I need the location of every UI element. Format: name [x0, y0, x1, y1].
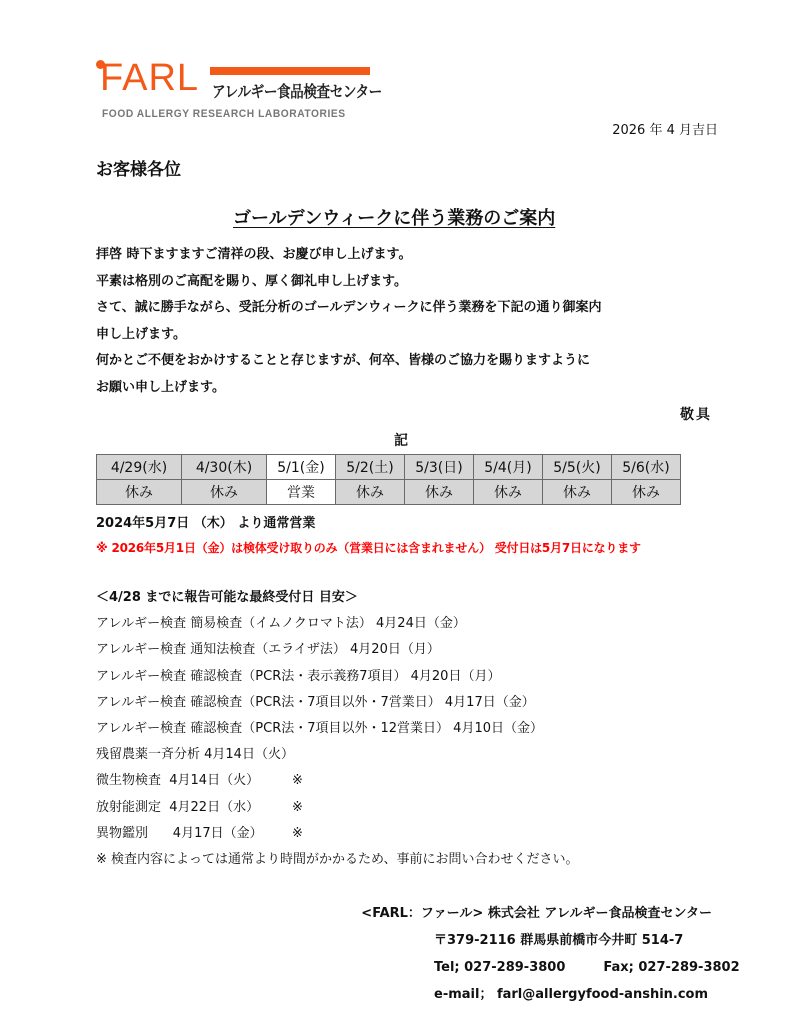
red-warning-notice: ※ 2026年5月1日（金）は検体受け取りのみ（営業日には含まれません） 受付日…: [96, 539, 641, 556]
document-title: ゴールデンウィークに伴う業務のご案内: [233, 204, 555, 230]
reference-mark: ※: [292, 821, 303, 847]
schedule-date-cell: 4/30(木): [182, 455, 267, 480]
deadline-item: 異物鑑別 4月17日（金）※: [96, 821, 579, 847]
deadline-item: アレルギー検査 確認検査（PCR法・7項目以外・12営業日） 4月10日（金）: [96, 716, 579, 742]
deadline-item: 残留農薬一斉分析 4月14日（火）: [96, 742, 579, 768]
deadline-text: アレルギー検査 確認検査（PCR法・7項目以外・7営業日） 4月17日（金）: [96, 695, 535, 710]
schedule-date-cell: 5/3(日): [405, 455, 474, 480]
deadline-text: 異物鑑別 4月17日（金）: [96, 821, 292, 847]
ki-marker: 記: [394, 430, 408, 450]
company-address: 〒379-2116 群馬県前橋市今井町 514-7: [96, 927, 712, 954]
farl-logo: FARL アレルギー食品検査センター FOOD ALLERGY RESEARCH…: [96, 56, 376, 124]
schedule-status-cell: 休み: [97, 480, 182, 505]
schedule-date-row: 4/29(水) 4/30(木) 5/1(金) 5/2(土) 5/3(日) 5/4…: [97, 455, 681, 480]
schedule-date-cell: 5/4(月): [474, 455, 543, 480]
deadline-item: アレルギー検査 確認検査（PCR法・7項目以外・7営業日） 4月17日（金）: [96, 690, 579, 716]
company-name: <FARL：ファール> 株式会社 アレルギー食品検査センター: [96, 900, 712, 927]
reference-mark: ※: [292, 795, 303, 821]
holiday-schedule-table: 4/29(水) 4/30(木) 5/1(金) 5/2(土) 5/3(日) 5/4…: [96, 454, 681, 505]
deadline-text: 放射能測定 4月22日（水）: [96, 795, 292, 821]
deadline-header: ＜4/28 までに報告可能な最終受付日 目安＞: [96, 585, 579, 611]
deadline-list: ＜4/28 までに報告可能な最終受付日 目安＞ アレルギー検査 簡易検査（イムノ…: [96, 585, 579, 873]
deadline-item: 微生物検査 4月14日（火）※: [96, 768, 579, 794]
reference-mark: ※: [292, 768, 303, 794]
schedule-date-cell: 5/5(火): [543, 455, 612, 480]
deadline-text: 微生物検査 4月14日（火）: [96, 768, 292, 794]
deadline-text: アレルギー検査 通知法検査（エライザ法） 4月20日（月）: [96, 642, 440, 657]
logo-english-name: FOOD ALLERGY RESEARCH LABORATORIES: [102, 108, 346, 120]
salutation: お客様各位: [96, 155, 181, 180]
deadline-text: アレルギー検査 確認検査（PCR法・7項目以外・12営業日） 4月10日（金）: [96, 721, 543, 736]
company-fax: Fax; 027-289-3802: [603, 960, 739, 975]
body-line: 平素は格別のご高配を賜り、厚く御礼申し上げます。: [96, 269, 601, 296]
schedule-status-cell: 休み: [543, 480, 612, 505]
schedule-status-cell: 休み: [474, 480, 543, 505]
schedule-status-cell: 休み: [612, 480, 681, 505]
body-line: 申し上げます。: [96, 322, 601, 349]
company-tel: Tel; 027-289-3800: [434, 960, 565, 975]
schedule-date-cell: 5/2(土): [336, 455, 405, 480]
company-footer: <FARL：ファール> 株式会社 アレルギー食品検査センター 〒379-2116…: [96, 900, 712, 1008]
company-phone-fax: Tel; 027-289-3800Fax; 027-289-3802: [96, 954, 712, 981]
greeting-body: 拝啓 時下ますますご清祥の段、お慶び申し上げます。 平素は格別のご高配を賜り、厚…: [96, 242, 601, 401]
schedule-status-cell: 営業: [267, 480, 336, 505]
body-line: 何かとご不便をおかけすることと存じますが、何卒、皆様のご協力を賜りますように: [96, 348, 601, 375]
schedule-status-row: 休み 休み 営業 休み 休み 休み 休み 休み: [97, 480, 681, 505]
schedule-date-cell: 5/1(金): [267, 455, 336, 480]
logo-japanese-name: アレルギー食品検査センター: [212, 79, 382, 102]
closing-keigu: 敬具: [680, 404, 712, 424]
deadline-item: アレルギー検査 確認検査（PCR法・表示義務7項目） 4月20日（月）: [96, 664, 579, 690]
schedule-status-cell: 休み: [405, 480, 474, 505]
deadline-text: アレルギー検査 簡易検査（イムノクロマト法） 4月24日（金）: [96, 616, 466, 631]
schedule-status-cell: 休み: [336, 480, 405, 505]
deadline-item: アレルギー検査 簡易検査（イムノクロマト法） 4月24日（金）: [96, 611, 579, 637]
deadline-item: アレルギー検査 通知法検査（エライザ法） 4月20日（月）: [96, 637, 579, 663]
schedule-status-cell: 休み: [182, 480, 267, 505]
deadline-text: アレルギー検査 確認検査（PCR法・表示義務7項目） 4月20日（月）: [96, 669, 500, 684]
body-line: さて、誠に勝手ながら、受託分析のゴールデンウィークに伴う業務を下記の通り御案内: [96, 295, 601, 322]
company-email[interactable]: e-mail； farl@allergyfood-anshin.com: [96, 981, 712, 1008]
body-line: お願い申し上げます。: [96, 375, 601, 402]
deadline-footnote: ※ 検査内容によっては通常より時間がかかるため、事前にお問い合わせください。: [96, 847, 579, 873]
deadline-text: 残留農薬一斉分析 4月14日（火）: [96, 747, 294, 762]
logo-orange-bar: [210, 67, 370, 75]
schedule-date-cell: 5/6(水): [612, 455, 681, 480]
schedule-date-cell: 4/29(水): [97, 455, 182, 480]
logo-brand: FARL: [100, 58, 199, 98]
body-line: 拝啓 時下ますますご清祥の段、お慶び申し上げます。: [96, 242, 601, 269]
resume-business-notice: 2024年5月7日 （木） より通常営業: [96, 512, 315, 531]
issue-date: 2026 年 4 月吉日: [612, 119, 718, 138]
deadline-item: 放射能測定 4月22日（水）※: [96, 795, 579, 821]
